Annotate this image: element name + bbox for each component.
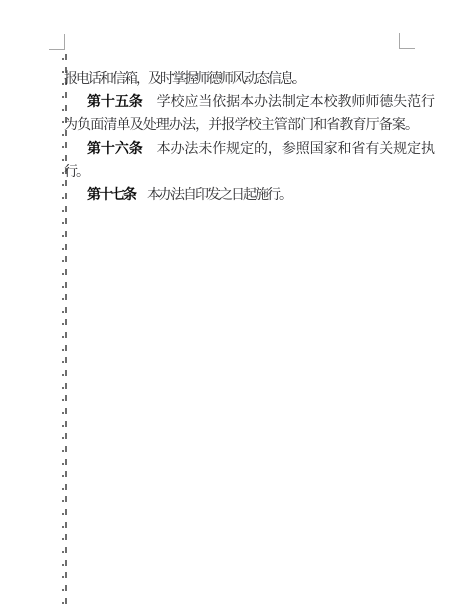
grid-tick-bar — [65, 509, 67, 515]
grid-tick-bar — [65, 534, 67, 540]
grid-tick-icon — [62, 560, 67, 566]
grid-tick-icon — [62, 357, 67, 363]
grid-tick-dot — [62, 222, 64, 224]
grid-tick-dot — [62, 374, 64, 376]
grid-tick-bar — [65, 459, 67, 465]
grid-tick-dot — [62, 235, 64, 237]
grid-tick-dot — [62, 500, 64, 502]
grid-tick-bar — [65, 307, 67, 313]
grid-tick-bar — [65, 231, 67, 237]
grid-tick-bar — [65, 395, 67, 401]
grid-tick-icon — [62, 383, 67, 389]
grid-tick-dot — [62, 538, 64, 540]
grid-tick-icon — [62, 471, 67, 477]
grid-tick-dot — [62, 475, 64, 477]
grid-tick-dot — [62, 450, 64, 452]
grid-tick-icon — [62, 282, 67, 288]
grid-tick-dot — [62, 349, 64, 351]
grid-tick-icon — [62, 598, 67, 604]
grid-tick-icon — [62, 572, 67, 578]
document-line: 行。 — [64, 161, 433, 184]
document-text: 报电话和信箱，及时掌握师德师风动态信息。第十五条学校应当依据本办法制定本校教师师… — [64, 68, 433, 207]
grid-tick-dot — [62, 323, 64, 325]
grid-tick-bar — [65, 383, 67, 389]
grid-tick-dot — [62, 210, 64, 212]
grid-tick-bar — [65, 547, 67, 553]
grid-tick-dot — [62, 260, 64, 262]
grid-tick-dot — [62, 336, 64, 338]
grid-tick-dot — [62, 361, 64, 363]
grid-tick-bar — [65, 598, 67, 604]
grid-tick-icon — [62, 421, 67, 427]
article-heading: 第十六条 — [87, 141, 143, 157]
grid-tick-bar — [65, 446, 67, 452]
grid-tick-dot — [62, 589, 64, 591]
grid-tick-dot — [62, 425, 64, 427]
grid-tick-dot — [62, 387, 64, 389]
grid-tick-bar — [65, 345, 67, 351]
grid-tick-dot — [62, 286, 64, 288]
document-line: 报电话和信箱，及时掌握师德师风动态信息。 — [64, 68, 433, 91]
grid-tick-icon — [62, 459, 67, 465]
grid-tick-icon — [62, 547, 67, 553]
grid-tick-icon — [62, 54, 67, 60]
grid-tick-bar — [65, 282, 67, 288]
grid-tick-dot — [62, 564, 64, 566]
grid-tick-dot — [62, 412, 64, 414]
grid-tick-bar — [65, 471, 67, 477]
grid-tick-icon — [62, 395, 67, 401]
grid-tick-bar — [65, 54, 67, 60]
article-heading: 第十七条 — [87, 187, 135, 203]
grid-tick-icon — [62, 484, 67, 490]
grid-tick-bar — [65, 484, 67, 490]
grid-tick-dot — [62, 58, 64, 60]
document-page: 报电话和信箱，及时掌握师德师风动态信息。第十五条学校应当依据本办法制定本校教师师… — [0, 0, 469, 613]
grid-tick-icon — [62, 408, 67, 414]
grid-tick-bar — [65, 408, 67, 414]
grid-tick-bar — [65, 269, 67, 275]
document-line: 第十六条本办法未作规定的，参照国家和省有关规定执 — [64, 138, 433, 161]
body-text: 行。 — [64, 164, 88, 180]
body-text: 本办法自印发之日起施行。 — [147, 187, 291, 203]
grid-tick-dot — [62, 576, 64, 578]
grid-tick-bar — [65, 218, 67, 224]
grid-tick-bar — [65, 572, 67, 578]
text-boundary-mark-top-left-icon — [49, 34, 65, 50]
grid-tick-icon — [62, 269, 67, 275]
grid-tick-icon — [62, 218, 67, 224]
grid-tick-icon — [62, 231, 67, 237]
grid-tick-dot — [62, 248, 64, 250]
document-line: 为负面清单及处理办法，并报学校主管部门和省教育厅备案。 — [64, 114, 417, 137]
grid-tick-bar — [65, 560, 67, 566]
body-text: 学校应当依据本办法制定本校教师师德失范行 — [155, 94, 433, 110]
text-boundary-mark-top-right-icon — [399, 33, 415, 49]
grid-tick-bar — [65, 319, 67, 325]
grid-tick-bar — [65, 496, 67, 502]
grid-tick-icon — [62, 585, 67, 591]
article-heading: 第十五条 — [87, 94, 143, 110]
grid-tick-icon — [62, 522, 67, 528]
grid-tick-icon — [62, 534, 67, 540]
grid-tick-dot — [62, 273, 64, 275]
grid-tick-icon — [62, 509, 67, 515]
grid-tick-bar — [65, 522, 67, 528]
grid-tick-icon — [62, 256, 67, 262]
grid-tick-icon — [62, 244, 67, 250]
document-line: 第十五条学校应当依据本办法制定本校教师师德失范行 — [64, 91, 433, 114]
grid-tick-icon — [62, 433, 67, 439]
document-line: 第十七条本办法自印发之日起施行。 — [64, 184, 433, 207]
grid-tick-icon — [62, 294, 67, 300]
grid-tick-icon — [62, 370, 67, 376]
body-text: 报电话和信箱，及时掌握师德师风动态信息。 — [64, 71, 304, 87]
grid-tick-dot — [62, 399, 64, 401]
grid-tick-dot — [62, 513, 64, 515]
grid-tick-bar — [65, 585, 67, 591]
grid-tick-icon — [62, 319, 67, 325]
grid-tick-dot — [62, 437, 64, 439]
grid-tick-icon — [62, 332, 67, 338]
grid-tick-dot — [62, 311, 64, 313]
grid-tick-dot — [62, 526, 64, 528]
grid-tick-bar — [65, 332, 67, 338]
grid-tick-icon — [62, 307, 67, 313]
grid-tick-dot — [62, 463, 64, 465]
grid-tick-bar — [65, 433, 67, 439]
body-text: 为负面清单及处理办法，并报学校主管部门和省教育厅备案。 — [64, 117, 417, 133]
grid-tick-icon — [62, 345, 67, 351]
body-text: 本办法未作规定的，参照国家和省有关规定执 — [155, 141, 433, 157]
grid-tick-bar — [65, 421, 67, 427]
grid-tick-icon — [62, 496, 67, 502]
grid-tick-bar — [65, 244, 67, 250]
grid-tick-bar — [65, 256, 67, 262]
grid-tick-dot — [62, 602, 64, 604]
grid-tick-icon — [62, 446, 67, 452]
grid-tick-bar — [65, 357, 67, 363]
grid-tick-dot — [62, 298, 64, 300]
grid-tick-dot — [62, 551, 64, 553]
grid-tick-bar — [65, 370, 67, 376]
grid-tick-dot — [62, 488, 64, 490]
grid-tick-bar — [65, 294, 67, 300]
